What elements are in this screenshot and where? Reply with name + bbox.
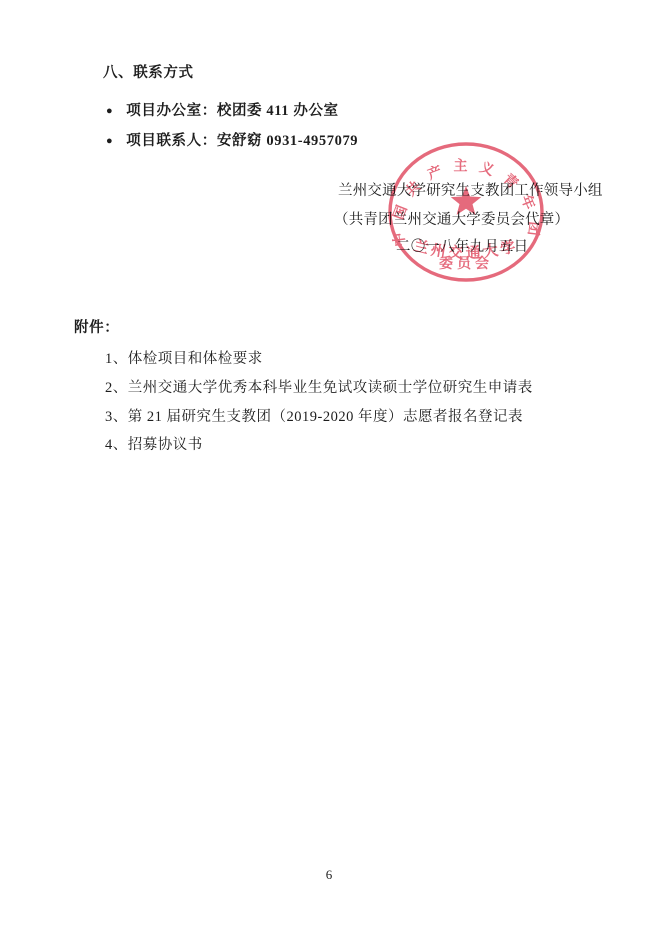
- bullet-dot-icon: ●: [106, 105, 113, 117]
- official-seal-stamp: 中国共产主义青年团 兰州交通大学 委员会: [386, 140, 548, 286]
- contact-bullet-item: ●项目联系人：安舒窈 0931-4957079: [106, 129, 358, 150]
- page-number: 6: [0, 867, 658, 883]
- document-page: 八、联系方式 ●项目办公室：校团委 411 办公室 ●项目联系人：安舒窈 093…: [0, 0, 658, 937]
- attachment-item: 1、体检项目和体检要求: [105, 352, 263, 367]
- seal-star-icon: [451, 186, 481, 215]
- attachment-item: 4、招募协议书: [105, 438, 203, 453]
- contact-office-text: 项目办公室：校团委 411 办公室: [126, 103, 338, 119]
- contact-person-text: 项目联系人：安舒窈 0931-4957079: [126, 133, 358, 149]
- attachment-item: 3、第 21 届研究生支教团（2019-2020 年度）志愿者报名登记表: [105, 410, 523, 425]
- contact-bullet-item: ●项目办公室：校团委 411 办公室: [106, 99, 339, 120]
- attachment-item: 2、兰州交通大学优秀本科毕业生免试攻读硕士学位研究生申请表: [105, 381, 533, 396]
- bullet-dot-icon: ●: [106, 135, 113, 147]
- seal-committee-text: 委员会: [439, 255, 493, 272]
- attachments-heading: 附件：: [74, 321, 119, 336]
- contact-heading: 八、联系方式: [103, 66, 194, 81]
